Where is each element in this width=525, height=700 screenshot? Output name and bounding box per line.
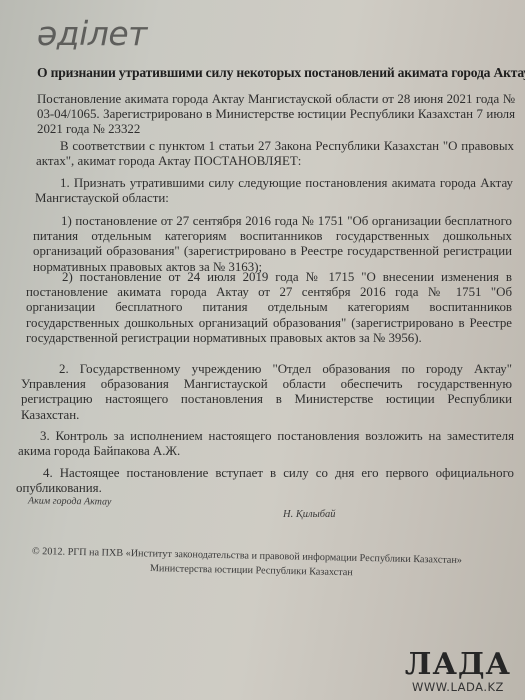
item-1-2-line: организации бесплатного питания отдельны…	[26, 300, 512, 315]
footer-copyright: © 2012. РГП на ПХВ «Институт законодател…	[32, 546, 462, 566]
item-1-paragraph: 1. Признать утратившими силу следующие п…	[35, 176, 513, 206]
intro-line: Постановление акимата города Актау Манги…	[37, 92, 515, 107]
item-2-line: Управления образования Мангистауской обл…	[21, 377, 512, 392]
item-3-line: акима города Байпакова А.Ж.	[18, 444, 514, 459]
intro-line: 2021 года № 23322	[37, 122, 515, 137]
document-title: О признании утратившими силу некоторых п…	[37, 65, 517, 81]
item-1-2-paragraph: 2) постановление от 24 июля 2019 года № …	[26, 270, 512, 346]
preamble-line: актах", акимат города Актау ПОСТАНОВЛЯЕТ…	[36, 154, 514, 169]
item-1-1-paragraph: 1) постановление от 27 сентября 2016 год…	[33, 214, 512, 275]
item-4-paragraph: 4. Настоящее постановление вступает в си…	[16, 466, 514, 496]
item-1-1-line: питания отдельным категориям воспитанник…	[33, 229, 512, 244]
intro-line: 03-04/1065. Зарегистрировано в Министерс…	[37, 107, 515, 122]
item-2-paragraph: 2. Государственному учреждению "Отдел об…	[21, 362, 512, 423]
signature-name: Н. Қилыбай	[283, 509, 336, 520]
item-1-line: Мангистауской области:	[35, 191, 513, 206]
item-1-2-line: государственных дошкольных организаций о…	[26, 316, 512, 331]
item-1-2-line: 2) постановление от 24 июля 2019 года № …	[26, 270, 512, 285]
item-2-line: 2. Государственному учреждению "Отдел об…	[21, 362, 512, 377]
adilet-logo: әділет	[37, 14, 147, 53]
watermark-brand: ЛАДА	[405, 650, 511, 680]
item-2-line: регистрацию настоящего постановления в М…	[21, 392, 512, 407]
preamble-paragraph: В соответствии с пунктом 1 статьи 27 Зак…	[36, 139, 514, 169]
item-1-line: 1. Признать утратившими силу следующие п…	[35, 176, 513, 191]
item-1-2-line: государственной регистрации нормативных …	[26, 331, 512, 346]
intro-paragraph: Постановление акимата города Актау Манги…	[37, 92, 515, 138]
watermark-url: WWW.LADA.KZ	[405, 680, 511, 694]
item-3-line: 3. Контроль за исполнением настоящего по…	[18, 429, 514, 444]
document-photo: әділет О признании утратившими силу неко…	[0, 0, 525, 700]
lada-watermark: ЛАДА WWW.LADA.KZ	[405, 650, 511, 694]
item-4-line: 4. Настоящее постановление вступает в си…	[16, 466, 514, 481]
preamble-line: В соответствии с пунктом 1 статьи 27 Зак…	[36, 139, 514, 154]
item-4-line: опубликования.	[16, 481, 514, 496]
item-2-line: Казахстан.	[21, 408, 512, 423]
item-1-1-line: организаций образования" (зарегистрирова…	[33, 244, 512, 259]
signature-position: Аким города Актау	[28, 495, 111, 507]
item-3-paragraph: 3. Контроль за исполнением настоящего по…	[18, 429, 514, 459]
footer-ministry: Министерства юстиции Республики Казахста…	[150, 563, 353, 578]
item-1-2-line: постановление акимата города Актау от 27…	[26, 285, 512, 300]
item-1-1-line: 1) постановление от 27 сентября 2016 год…	[33, 214, 512, 229]
